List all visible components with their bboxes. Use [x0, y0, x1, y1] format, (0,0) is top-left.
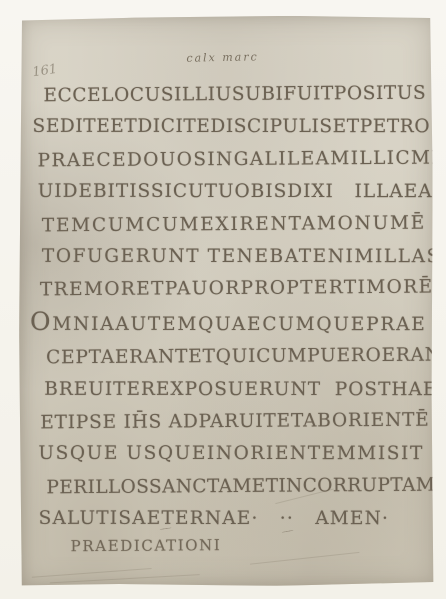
manuscript-line: SEDITEETDICITEDISCIPULISETPETRO — [33, 111, 425, 144]
parchment-scratch — [32, 568, 152, 578]
manuscript-line: BREUITEREXPOSUERUNT POSTHAEC — [44, 373, 425, 406]
manuscript-text-block: ECCELOCUSILLIUSUBIFUITPOSITUS SEDITEETDI… — [29, 78, 425, 561]
manuscript-line: ETIPSE IH̄S ADPARUITETABORIENTĒ — [40, 405, 425, 440]
manuscript-line: CEPTAERANTETQUICUMPUEROERANT — [46, 340, 425, 375]
manuscript-line: TOFUGERUNT TENEBATENIMILLAS — [42, 241, 425, 274]
manuscript-line: PRAEDICATIONI — [71, 527, 426, 562]
manuscript-line: UIDEBITISSICUTUOBISDIXI ILLAEAU — [38, 176, 425, 209]
manuscript-line: PRAECEDOUOSINGALILEAMILLICME — [38, 142, 425, 177]
manuscript-line: TEMCUMCUMEXIRENTAMONUMĒ — [42, 207, 425, 242]
manuscript-line: TREMORETPAUORPROPTERTIMORĒ — [40, 272, 425, 307]
folio-number: 161 — [31, 62, 58, 80]
manuscript-line: OMNIAAUTEMQUAECUMQUEPRAE — [30, 306, 425, 342]
running-header-annotation: calx marc — [186, 50, 259, 64]
manuscript-line: USQUE USQUEINORIENTEMMISIT — [38, 438, 425, 471]
manuscript-line: ECCELOCUSILLIUSUBIFUITPOSITUS — [43, 78, 424, 113]
manuscript-photo-frame: calx marc 161 ECCELOCUSILLIUSUBIFUITPOSI… — [0, 0, 446, 599]
parchment-page: calx marc 161 ECCELOCUSILLIUSUBIFUITPOSI… — [18, 15, 433, 586]
parchment-scratch — [50, 574, 200, 583]
manuscript-line: PERILLOSSANCTAMETINCORRUPTAM·h· — [46, 470, 425, 505]
